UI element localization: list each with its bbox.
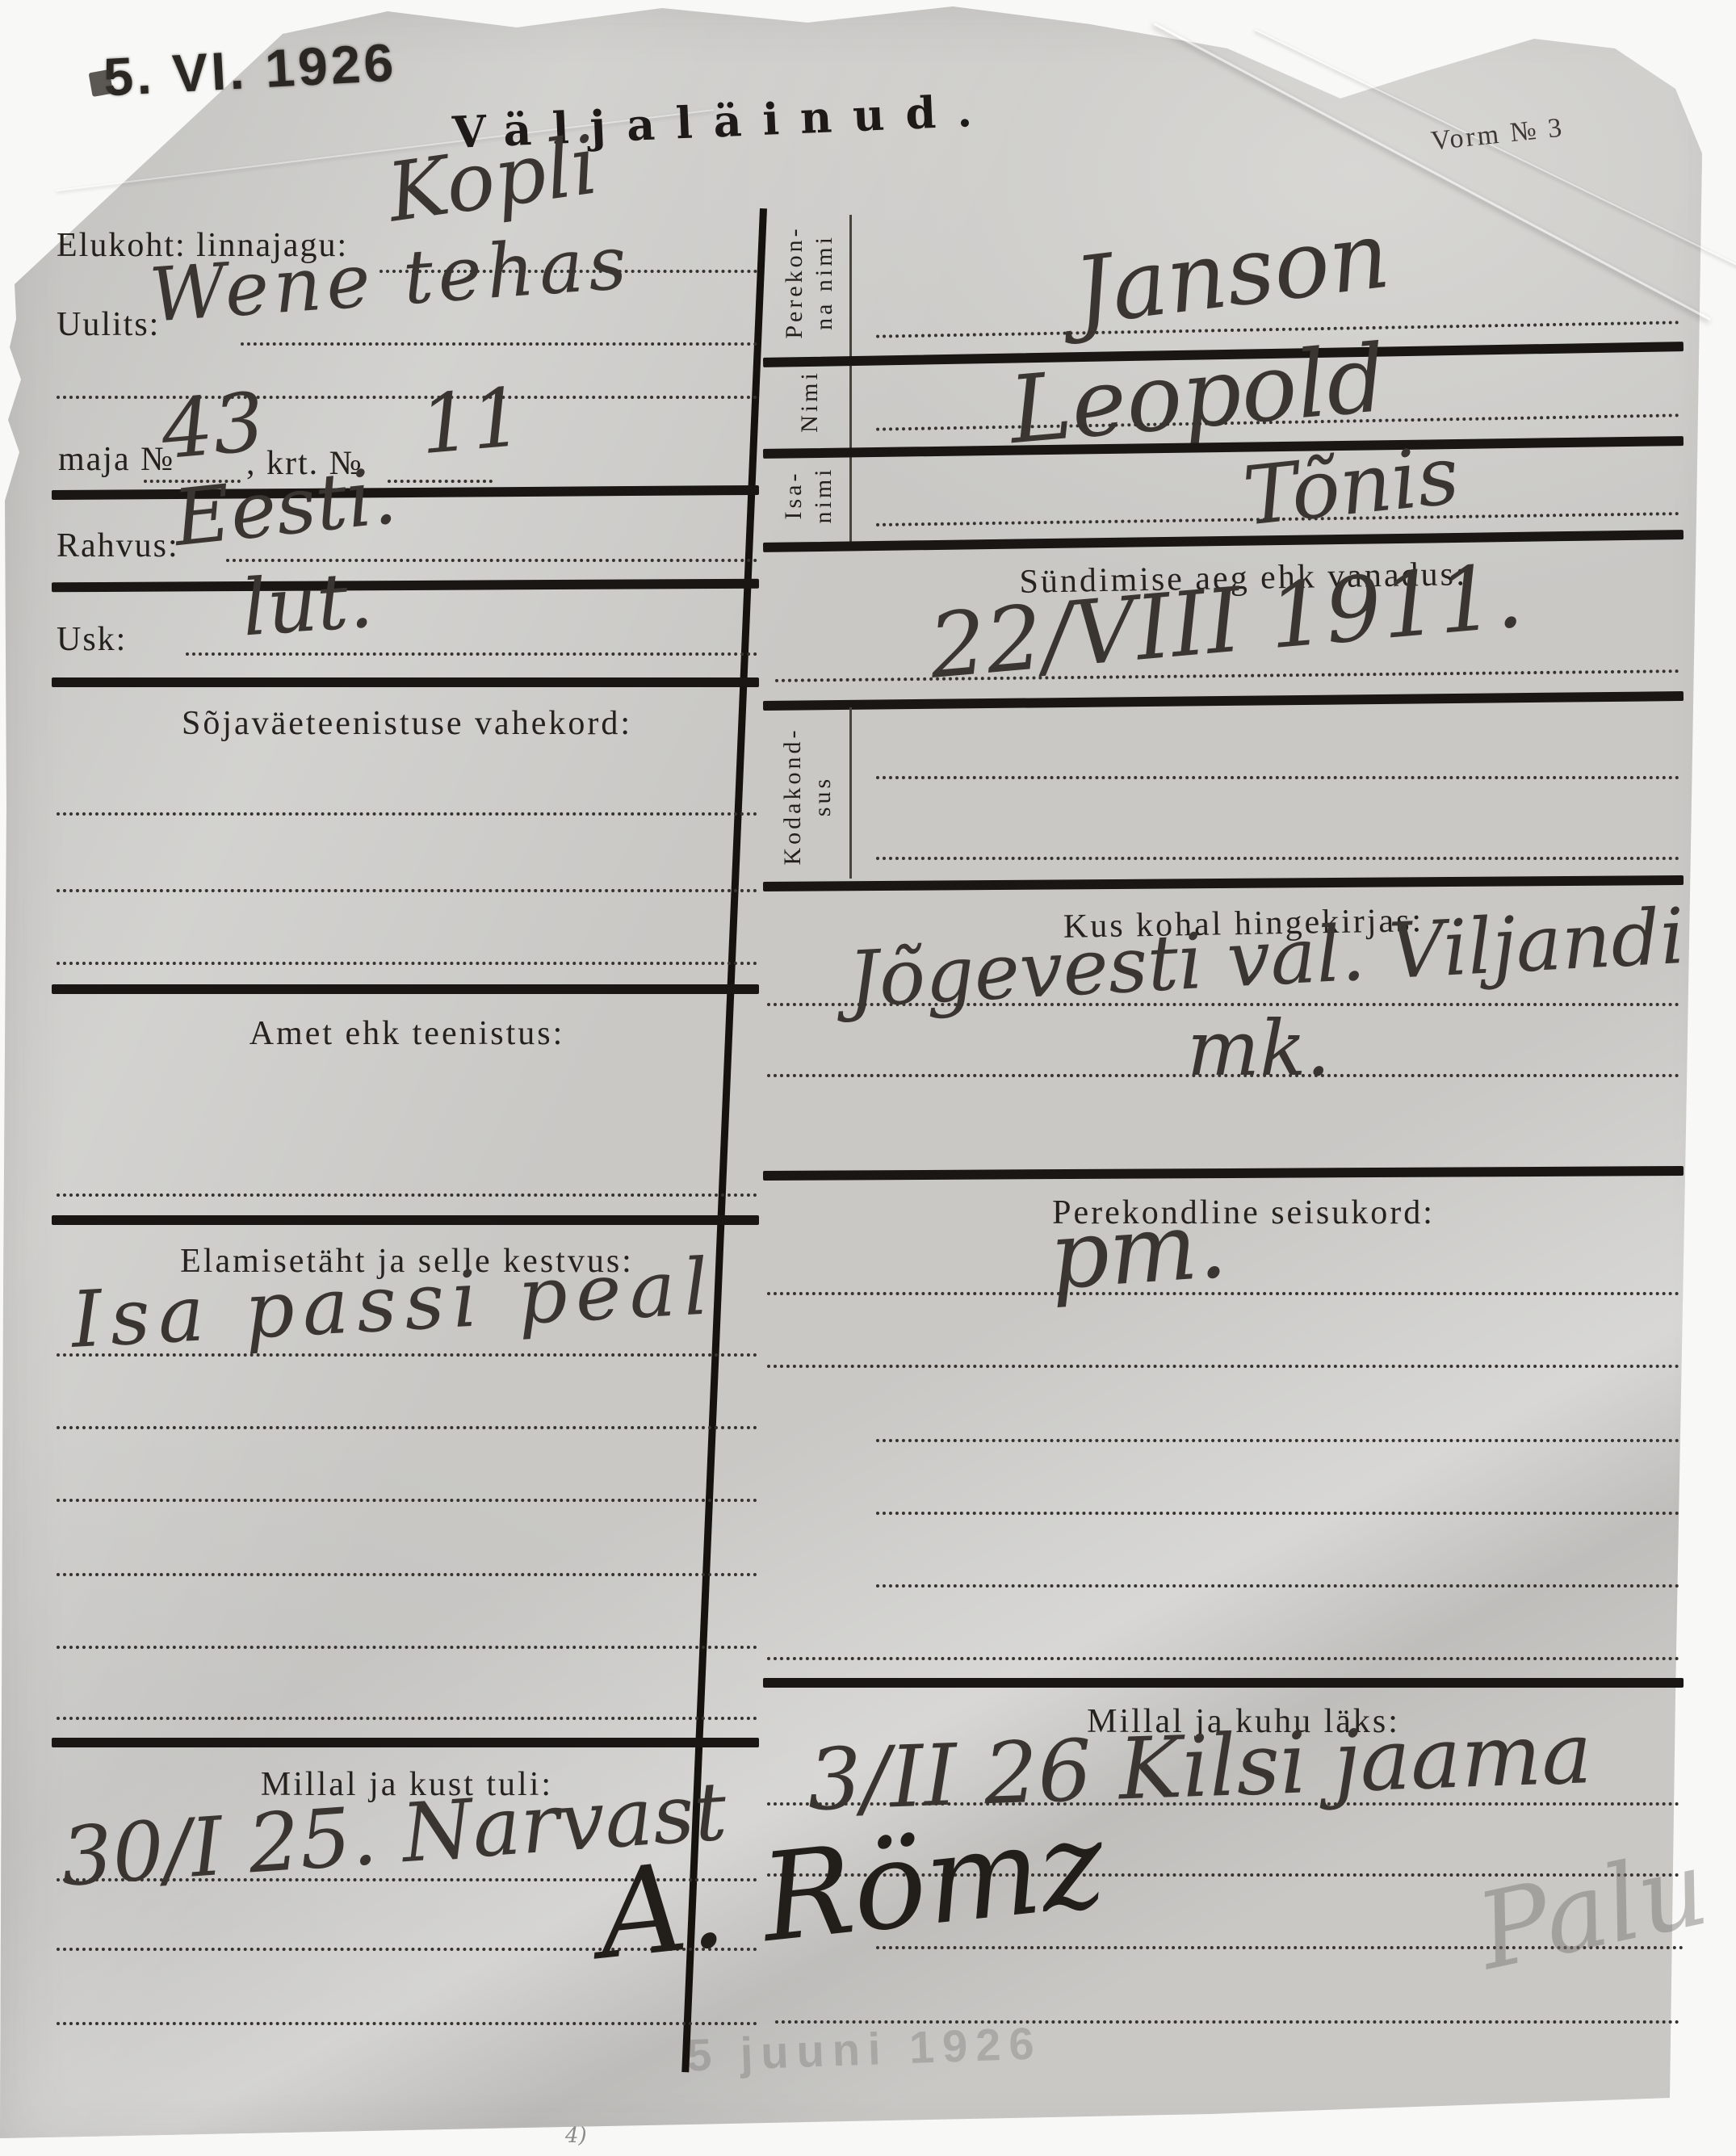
dotted-line bbox=[57, 812, 757, 816]
dotted-line bbox=[241, 342, 757, 346]
father-name-value: Tõnis bbox=[1240, 434, 1463, 537]
family-status-label: Perekondline seisukord: bbox=[807, 1193, 1679, 1232]
dotted-line bbox=[876, 1439, 1679, 1442]
label-rule bbox=[849, 707, 852, 879]
dotted-line bbox=[57, 962, 757, 965]
surname-label-line1: Perekon- bbox=[779, 225, 810, 338]
citizenship-label-line2: sus bbox=[807, 776, 838, 816]
dotted-line bbox=[767, 1365, 1679, 1368]
religion-value: lut. bbox=[240, 560, 375, 647]
dotted-line bbox=[876, 1512, 1679, 1515]
nationality-label: Rahvus: bbox=[57, 526, 179, 565]
dotted-line bbox=[767, 1074, 1679, 1077]
father-name-label: Isa- nimi bbox=[769, 447, 848, 543]
military-service-label: Sõjaväeteenistuse vahekord: bbox=[57, 704, 757, 743]
surname-label-line2: na nimi bbox=[809, 234, 840, 330]
religion-label: Usk: bbox=[57, 620, 127, 659]
dotted-line bbox=[57, 889, 757, 892]
dotted-line bbox=[767, 1657, 1679, 1660]
surname-label: Perekon- na nimi bbox=[769, 216, 849, 349]
first-name-label-text: Nimi bbox=[795, 370, 825, 433]
occupation-label: Amet ehk teenistus: bbox=[57, 1014, 757, 1053]
citizenship-label: Kodakond- sus bbox=[767, 711, 848, 882]
dotted-line bbox=[57, 1573, 757, 1576]
first-name-label: Nimi bbox=[771, 357, 848, 446]
apartment-value: 11 bbox=[417, 377, 526, 467]
father-name-label-line2: nimi bbox=[808, 467, 839, 524]
dotted-line bbox=[388, 480, 493, 483]
dotted-line bbox=[186, 652, 757, 656]
divider bbox=[52, 1738, 759, 1747]
dotted-line bbox=[57, 1499, 757, 1502]
dotted-line bbox=[57, 1426, 757, 1429]
dotted-line bbox=[57, 2022, 757, 2025]
stamp-artifact bbox=[89, 69, 114, 97]
scanned-registration-card: 5. VI. 1926 Väljaläinud. Vorm № 3 Elukoh… bbox=[0, 0, 1736, 2156]
house-label: maja № bbox=[58, 440, 174, 479]
dotted-line bbox=[57, 1646, 757, 1649]
dotted-line bbox=[57, 1193, 757, 1197]
nationality-value: Eesti. bbox=[170, 457, 400, 557]
citizenship-label-line1: Kodakond- bbox=[778, 728, 808, 866]
father-name-label-line1: Isa- bbox=[778, 471, 809, 520]
dotted-line bbox=[767, 1802, 1679, 1806]
corner-mark: 4) bbox=[565, 2125, 587, 2146]
departed-value: 3/II 26 Kilsi jaama bbox=[806, 1711, 1593, 1823]
dotted-line bbox=[876, 857, 1679, 860]
dotted-line bbox=[57, 1353, 757, 1357]
dotted-line bbox=[57, 1717, 757, 1720]
dotted-line bbox=[767, 1292, 1679, 1295]
divider bbox=[52, 677, 759, 687]
family-status-value: pm. bbox=[1046, 1198, 1230, 1303]
street-label: Uulits: bbox=[57, 305, 160, 344]
divider bbox=[52, 984, 759, 994]
dotted-line bbox=[876, 776, 1679, 779]
label-rule bbox=[849, 215, 852, 544]
divider bbox=[763, 1678, 1684, 1688]
divider bbox=[52, 1215, 759, 1225]
dotted-line bbox=[876, 1584, 1679, 1588]
